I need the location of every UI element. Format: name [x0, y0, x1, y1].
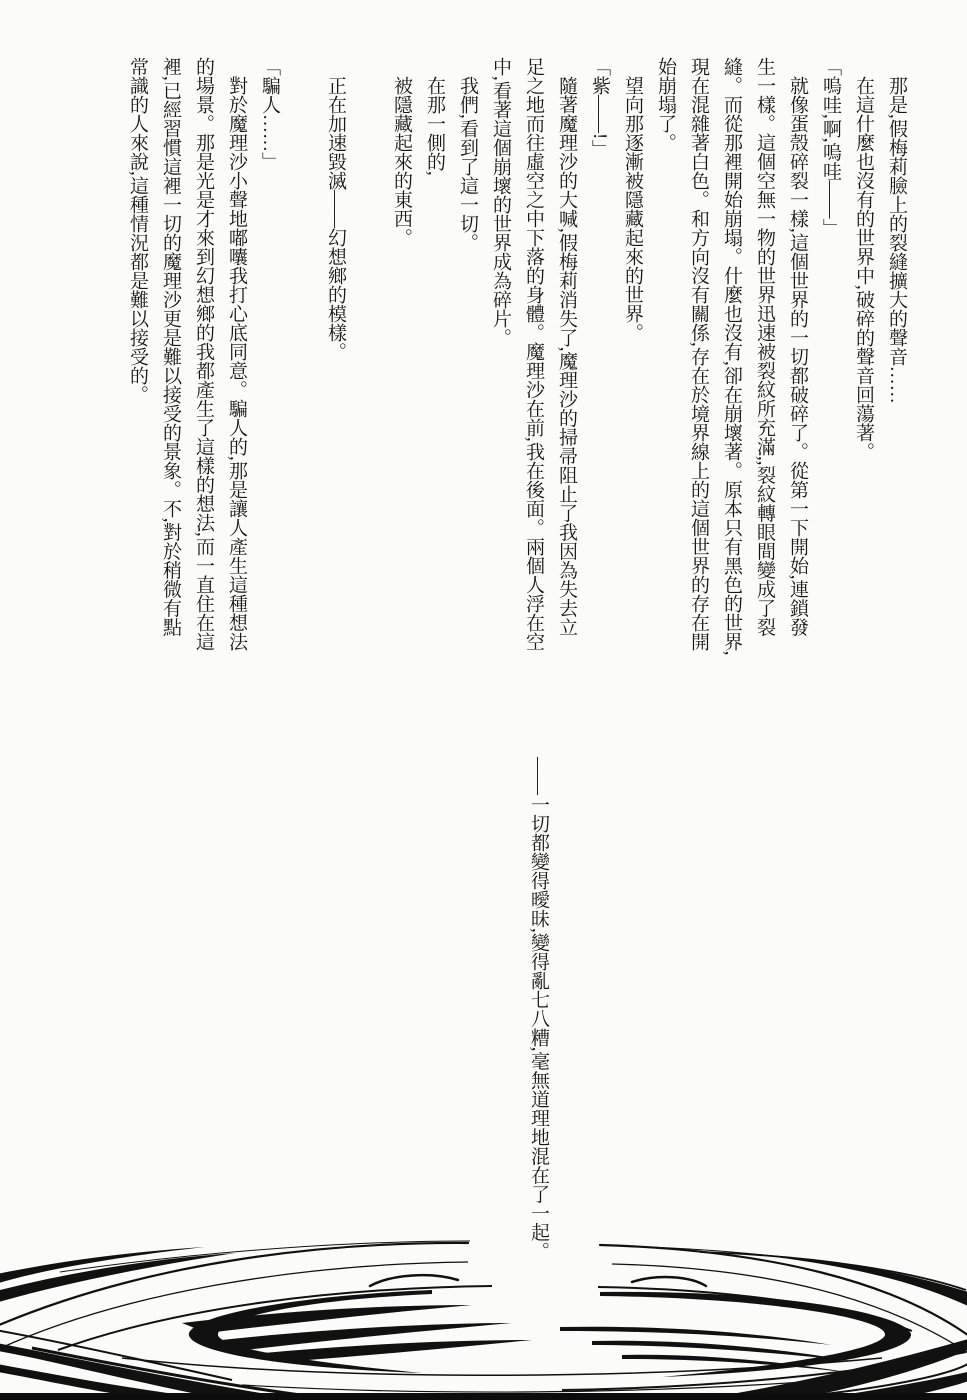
- ripple-curl: [632, 1277, 706, 1286]
- ink-crescent: [600, 1292, 911, 1377]
- ripple-arc: [122, 1358, 882, 1375]
- text-column: 「嗚哇,啊,嗚哇——」: [814, 57, 847, 707]
- text-column: 生一樣。這個空無一物的世界迅速被裂紋所充滿,,裂紋轉眼間變成了裂: [748, 57, 781, 707]
- text-column: 那是,假梅莉臉上的裂縫擴大的聲音……: [880, 57, 913, 707]
- text-column: 被隱藏起來的東西。: [385, 57, 418, 707]
- text-column: 在這什麼也沒有的世界中,破碎的聲音回蕩著。: [847, 57, 880, 707]
- ripple-curl: [370, 1275, 458, 1286]
- text-column: 的場景。那是光是才來到幻想鄉的我都產生了這樣的想法,而一直住在這: [187, 57, 220, 707]
- text-column: 我們,看到了這一切。: [451, 57, 484, 707]
- water-ripple-ink-drawing: [0, 1230, 967, 1400]
- text-block: 那是,假梅莉臉上的裂縫擴大的聲音……在這什麼也沒有的世界中,破碎的聲音回蕩著。「…: [121, 57, 913, 707]
- ripple-arc: [600, 1245, 967, 1338]
- text-column: 「騙人……」: [253, 57, 286, 707]
- pull-quote-column: ——一切都變得曖昧,變得亂七八糟,毫無道理地混在了一起。: [523, 757, 553, 1305]
- text-column: 「紫——!」: [583, 57, 616, 707]
- text-column: 正在加速毀滅——幻想鄉的模樣。: [319, 57, 352, 707]
- text-column: 中,看著這個崩壞的世界成為碎片。: [484, 57, 517, 707]
- ripple-arc: [620, 1246, 966, 1296]
- text-column: 常識的人來說,這種情況都是難以接受的。: [121, 57, 154, 707]
- pull-quote-text: ——一切都變得曖昧,變得亂七八糟,毫無道理地混在了一起。: [523, 757, 553, 1305]
- text-column: 就像蛋殼碎裂一樣,這個世界的一切都破碎了。從第一下開始,連鎖發: [781, 57, 814, 707]
- novel-page: 那是,假梅莉臉上的裂縫擴大的聲音……在這什麼也沒有的世界中,破碎的聲音回蕩著。「…: [0, 0, 967, 1400]
- text-column: 望向那逐漸被隱藏起來的世界。: [616, 57, 649, 707]
- text-column: 在那一側的,: [418, 57, 451, 707]
- text-column: 現在混雜著白色。和方向沒有關係,存在於境界線上的這個世界的存在開: [682, 57, 715, 707]
- ink-hatch: [0, 1253, 235, 1304]
- text-column: 裡,已經習慣這裡一切的魔理沙更是難以接受的景象。不,對於稍微有點: [154, 57, 187, 707]
- bottom-ink-bar: [0, 1393, 967, 1400]
- text-column: 足之地而往虛空之中下落的身體。魔理沙在前,我在後面。兩個人浮在空: [517, 57, 550, 707]
- text-column: 隨著魔理沙的大喊,假梅莉消失了,魔理沙的掃帚阻止了我因為失去立: [550, 57, 583, 707]
- text-column: 對於魔理沙小聲地嘟囔我打心底同意。騙人的,那是讓人產生這種想法: [220, 57, 253, 707]
- text-column: 始崩塌了。: [649, 57, 682, 707]
- text-column: 縫。而從那裡開始崩塌。什麼也沒有,卻在崩壞著。原本只有黑色的世界,: [715, 57, 748, 707]
